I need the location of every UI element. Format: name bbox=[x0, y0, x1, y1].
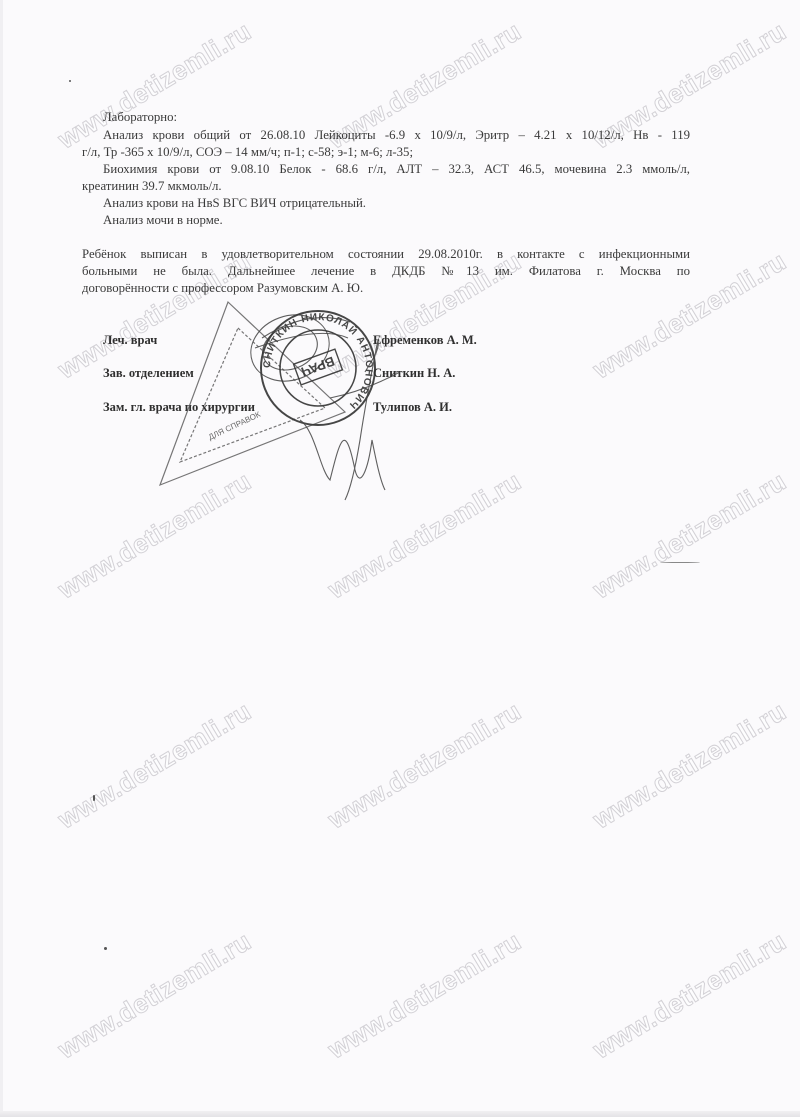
discharge-line-2: больными не была. Дальнейшее лечение в Д… bbox=[82, 263, 690, 279]
lab-line-blood-general: Анализ крови общий от 26.08.10 Лейкоциты… bbox=[103, 127, 690, 143]
watermark-text: www.detizemli.ru bbox=[53, 696, 257, 836]
watermark-text: www.detizemli.ru bbox=[323, 926, 527, 1066]
lab-line-infection-test: Анализ крови на НвS ВГС ВИЧ отрицательны… bbox=[103, 195, 366, 211]
watermark-text: www.detizemli.ru bbox=[323, 466, 527, 606]
scan-speck bbox=[69, 80, 71, 82]
watermark-text: www.detizemli.ru bbox=[53, 466, 257, 606]
signature-role-attending: Леч. врач bbox=[103, 333, 157, 348]
scan-edge bbox=[0, 1111, 800, 1117]
discharge-line-1: Ребёнок выписан в удовлетворительном сос… bbox=[82, 246, 690, 262]
watermark-text: www.detizemli.ru bbox=[588, 926, 792, 1066]
lab-line-blood-general-cont: г/л, Тр -365 х 10/9/л, СОЭ – 14 мм/ч; п-… bbox=[82, 144, 413, 160]
section-heading-laboratory: Лабораторно: bbox=[103, 109, 177, 125]
discharge-line-3: договорённости с профессором Разумовским… bbox=[82, 280, 363, 296]
svg-text:СНИТКИН НИКОЛАЙ АНТОНОВИЧ: СНИТКИН НИКОЛАЙ АНТОНОВИЧ bbox=[262, 312, 374, 411]
signature-role-head-of-department: Зав. отделением bbox=[103, 366, 194, 381]
watermark-text: www.detizemli.ru bbox=[588, 466, 792, 606]
signature-name-head-of-department: Сниткин Н. А. bbox=[373, 366, 455, 381]
signature-role-deputy-chief-surgery: Зам. гл. врача по хирургии bbox=[103, 400, 255, 415]
watermark-text: www.detizemli.ru bbox=[53, 926, 257, 1066]
lab-line-biochemistry-cont: креатинин 39.7 мкмоль/л. bbox=[82, 178, 222, 194]
signature-name-attending: Ефременков А. М. bbox=[373, 333, 477, 348]
watermark-text: www.detizemli.ru bbox=[323, 696, 527, 836]
signature-name-deputy-chief-surgery: Тулипов А. И. bbox=[373, 400, 452, 415]
scan-speck bbox=[93, 795, 95, 801]
lab-line-urine-test: Анализ мочи в норме. bbox=[103, 212, 223, 228]
svg-text:ВРАЧ: ВРАЧ bbox=[299, 354, 337, 380]
oval-stamp bbox=[241, 304, 338, 392]
watermark-text: www.detizemli.ru bbox=[588, 696, 792, 836]
scan-speck bbox=[104, 947, 107, 950]
round-doctor-stamp: СНИТКИН НИКОЛАЙ АНТОНОВИЧ ВРАЧ bbox=[261, 311, 375, 425]
scan-speck bbox=[660, 562, 700, 563]
lab-line-biochemistry: Биохимия крови от 9.08.10 Белок - 68.6 г… bbox=[103, 161, 690, 177]
triangle-stamp: ДЛЯ СПРАВОК bbox=[160, 302, 345, 485]
scan-edge bbox=[0, 0, 3, 1117]
